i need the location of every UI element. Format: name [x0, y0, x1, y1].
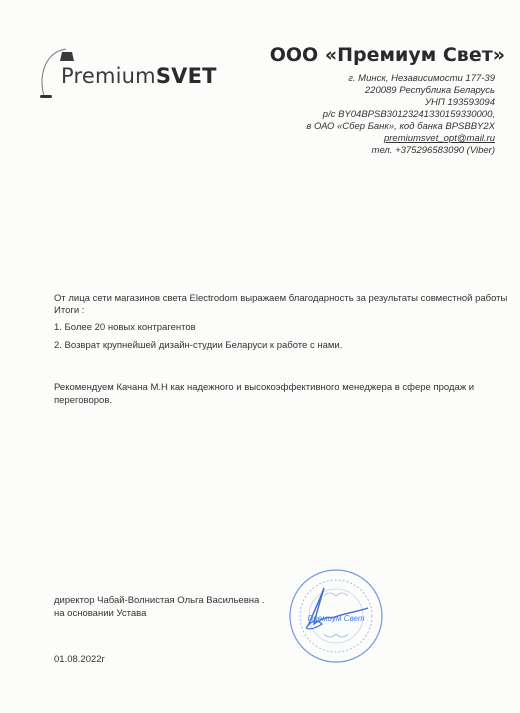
signatory-title: директор Чабай-Волнистая Ольга Васильевн… — [54, 595, 265, 606]
logo-text-bold: SVET — [156, 64, 217, 88]
address-line-1: г. Минск, Независимости 177-39 — [306, 73, 495, 85]
result-item-1: 1. Более 20 новых контрагентов — [54, 322, 196, 333]
signatory-basis: на основании Устава — [54, 608, 146, 619]
address-line-2: 220089 Республика Беларусь — [306, 85, 495, 97]
result-item-2: 2. Возврат крупнейшей дизайн-студии Бела… — [54, 340, 342, 351]
bank-name: в ОАО «Сбер Банк», код банка BPSBBY2X — [306, 121, 495, 133]
recommendation-line-1: Рекомендуем Качана М.Н как надежного и в… — [54, 382, 474, 393]
svg-text:Премиум Свет: Премиум Свет — [307, 614, 364, 623]
email-link[interactable]: premiumsvet_opt@mail.ru — [306, 133, 495, 145]
phone: тел. +375296583090 (Viber) — [306, 145, 495, 157]
bank-account: р/с BY04BPSB30123241330159330000, — [306, 109, 495, 121]
recommendation-line-2: переговоров. — [54, 395, 112, 406]
letter-date: 01.08.2022г — [54, 654, 105, 665]
company-stamp-icon: Премиум Свет — [286, 566, 386, 666]
logo-text-regular: Premium — [61, 64, 156, 88]
company-details: г. Минск, Независимости 177-39 220089 Ре… — [306, 73, 495, 157]
logo-wordmark: PremiumSVET — [61, 64, 217, 88]
results-label: Итоги : — [54, 305, 84, 316]
company-logo: PremiumSVET — [36, 44, 216, 100]
intro-text: От лица сети магазинов света Electrodom … — [54, 293, 507, 304]
letter-page: PremiumSVET ООО «Премиум Свет» г. Минск,… — [0, 0, 520, 713]
company-name: ООО «Премиум Свет» — [270, 44, 505, 66]
unp: УНП 193593094 — [306, 97, 495, 109]
